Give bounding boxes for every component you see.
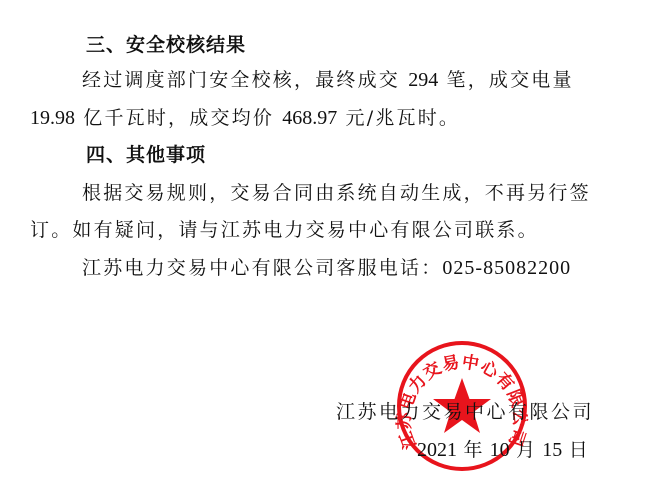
- signature-organization: 江苏电力交易中心有限公司: [336, 400, 594, 424]
- signature-date: 2021 年 10 月 15 日: [417, 438, 588, 462]
- contact-label: 江苏电力交易中心有限公司客服电话：: [82, 257, 442, 279]
- day: 15: [542, 439, 562, 461]
- text: 元/兆瓦时。: [337, 107, 460, 129]
- contact-line: 江苏电力交易中心有限公司客服电话：025-85082200: [82, 256, 571, 280]
- text: 笔，成交电量: [438, 69, 573, 91]
- section-4-paragraph-line-2: 订。如有疑问，请与江苏电力交易中心有限公司联系。: [30, 218, 539, 242]
- contact-phone: 025-85082200: [442, 257, 571, 279]
- text: 经过调度部门安全校核，最终成交: [82, 69, 408, 91]
- section-3-paragraph-line-2: 19.98 亿千瓦时，成交均价 468.97 元/兆瓦时。: [30, 106, 460, 130]
- text: 亿千瓦时，成交均价: [75, 107, 282, 129]
- unit: 年: [457, 439, 490, 461]
- unit: 月: [510, 439, 543, 461]
- section-3-paragraph-line-1: 经过调度部门安全校核，最终成交 294 笔，成交电量: [82, 68, 574, 92]
- section-3-heading: 三、安全校核结果: [86, 33, 246, 57]
- section-4-heading: 四、其他事项: [86, 143, 206, 167]
- average-price: 468.97: [282, 107, 337, 129]
- section-4-paragraph-line-1: 根据交易规则，交易合同由系统自动生成，不再另行签: [82, 181, 591, 205]
- month: 10: [490, 439, 510, 461]
- unit: 日: [562, 439, 588, 461]
- year: 2021: [417, 439, 457, 461]
- deal-count: 294: [408, 69, 438, 91]
- traded-energy: 19.98: [30, 107, 75, 129]
